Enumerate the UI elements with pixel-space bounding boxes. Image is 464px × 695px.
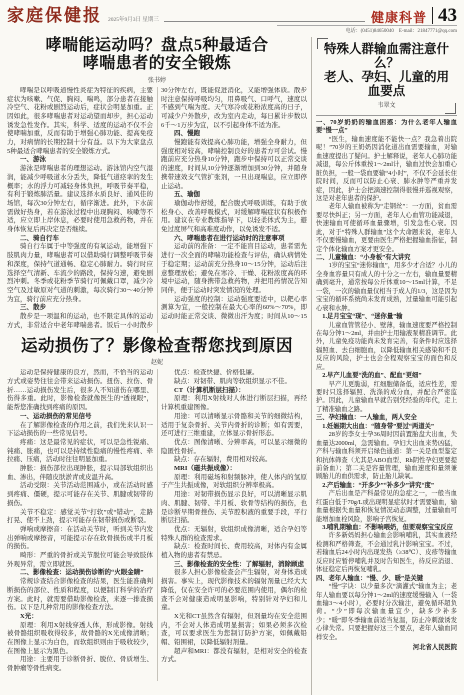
section-label: 健康科普	[371, 11, 427, 24]
body-paragraph: 肿胀：损伤部位出现肿胀，提示局部软组织出血、渗出，伴随皮肤淤青或皮温升高。	[7, 465, 153, 482]
body-paragraph: 原理：利用X射线对人体进行断层扫描，再经计算机重建图像。	[161, 395, 307, 412]
body-paragraph: 在了解影像检查的作用之前，我们先来认识一下运动损伤的一些常见信号。	[7, 422, 153, 439]
left-column: 哮喘能运动吗？盘点5种最适合 哮喘患者的安全锻炼 张书婷 哮喘是以呼吸道慢性炎症…	[7, 37, 307, 695]
body-paragraph: 运动前的准备：一定不能盲目运动，患者需先进行一次全面的哮喘功能检查与评估，确认病…	[161, 243, 307, 295]
body-paragraph: X光和CT虽然含有辐射，但剂量均在安全范围内，不会对人体造成明显损害；如果必须多…	[161, 613, 307, 648]
section-heading: 一、70岁奶奶的输血困惑：为什么老年人输血要“慢一点”	[316, 119, 457, 136]
body-paragraph: 疼痛：这是最常见的症状，可以是急性锐痛、钝痛、胀痛，也可以是持续性隐痛的慢性疼痛…	[7, 439, 153, 465]
body-paragraph: 用途：对韧带损伤显示良好，可以清晰显示肌肉、肌腱、韧带、半月板、软骨等结构的损伤…	[161, 491, 307, 526]
body-paragraph: 28岁的李女士孕36周时因前置胎盘大出血，失血量达2000ml，急需输血。孕妇大…	[316, 431, 457, 482]
section-heading: X光：	[7, 613, 153, 622]
body-paragraph: 用途：可以清晰显示骨骼和关节的细微结构，适用于复杂骨折、关节内骨折的诊断；如有需…	[161, 413, 307, 439]
title-underline	[316, 115, 457, 116]
title-line-1: 哮喘能运动吗？盘点5种最适合	[7, 37, 307, 55]
section-heading: 1.妊娠期大出血：“随身带”要过“两道关”	[316, 423, 457, 431]
date-line: 2025年9月3日 星期三	[108, 15, 159, 23]
body-paragraph: 优点：图像清晰、分辨率高，可以显示细微的隐匿性骨折。	[161, 439, 307, 456]
body-paragraph: 原理：利用X射线穿透人体，形成影像。射线被骨骼组织吸收得较多，故骨骼的X光成像清…	[7, 622, 153, 657]
body-paragraph: 许多新妈妈担心输血会影响哺乳，其实血液经检测和严格筛查，不会通过乳汁影响宝宝。不…	[316, 532, 457, 574]
section-heading: 四、老年人输血：“慢、少、暖”是关键	[316, 575, 457, 583]
newspaper-page: 家庭保健报 2025年9月3日 星期三 健康科普 43 电话：(0451)846…	[0, 0, 464, 695]
article-injury: 运动损伤了？影像检查帮您找到原因 赵妮 运动是保持健康的良方，然而，不恰当的运动…	[7, 337, 307, 681]
title-line-2: 哮喘患者的安全锻炼	[7, 55, 307, 73]
section-heading: 三、散步	[7, 304, 153, 313]
article-affiliation: 河北省人民医院	[316, 644, 457, 652]
body-paragraph: 产后出血是产科最常见的急症之一，一般当血红蛋白低于70g/L或出现明显症状时才需…	[316, 490, 457, 524]
body-paragraph: 运动是保持健康的良方，然而，不恰当的运动方式或姿势往往会带来运动损伤。扭伤、拉伤…	[7, 369, 153, 413]
section-heading: MRI（磁共振成像）：	[161, 465, 307, 474]
body-paragraph: 超声和MRI：都没有辐射，是相对安全的检查方式。	[161, 648, 307, 665]
body-paragraph: 原理：利用磁场和射频脉冲，使人体内的氢原子产生共振成像，对软组织分辨率极高。	[161, 474, 307, 491]
section-heading: 一、运动损伤的常见信号	[7, 413, 153, 422]
header-rule	[164, 21, 365, 22]
article-injury-body: 运动是保持健康的良方，然而，不恰当的运动方式或姿势往往会带来运动损伤。扭伤、拉伤…	[7, 369, 307, 681]
body-paragraph: “医生，输血速度能不能快一点？我急着出院呢！”70岁的王奶奶因消化道出血需要输血…	[316, 136, 457, 204]
body-paragraph: 很多人担心影像检查会产生辐射，对身体造成损害。事实上，现代影像技术的辐射剂量已经…	[161, 569, 307, 613]
article-blood-body: 一、70岁奶奶的输血困惑：为什么老年人输血要“慢一点”“医生，输血速度能不能快一…	[316, 119, 457, 695]
section-heading: 1.足月宝宝“现”、“迷你量”输	[316, 313, 457, 321]
article-injury-author: 赵妮	[7, 357, 307, 366]
vertical-divider	[311, 37, 312, 695]
article-blood: 特殊人群输血需注意什么？ 老人、孕妇、儿童的用血要点 韦翠文 一、70岁奶奶的输…	[316, 37, 457, 695]
masthead-bar: 家庭保健报 2025年9月3日 星期三 健康科普 43	[7, 4, 457, 24]
body-paragraph: 游泳是哮喘患者的理想运动。游泳馆内空气湿润，能减少呼吸道水分丢失，降低气道痉挛的…	[7, 165, 153, 235]
article-injury-title: 运动损伤了？影像检查帮您找到原因	[7, 337, 307, 355]
section-heading: 二、影像检查：运动损伤诊断的“火眼金睛”	[7, 569, 153, 578]
body-paragraph: 常规诊查结合影像检查的结果，医生能准确判断损伤的部位、性质和程度，以便制订科学的…	[7, 578, 153, 613]
body-paragraph: 优点：检查快捷、价格低廉。	[161, 369, 307, 378]
body-paragraph: 骑自行车属于中等强度的有氧运动，能增强下肢肌肉力量，哮喘患者可以借助骑行调整呼吸…	[7, 243, 153, 304]
body-paragraph: 1岁的宝宝“迷你输血”，用多少才合适？小儿的全身血容量只有成人的十分之一左右，输…	[316, 262, 457, 313]
page-content: 哮喘能运动吗？盘点5种最适合 哮喘患者的安全锻炼 张书婷 哮喘是以呼吸道慢性炎症…	[7, 37, 457, 695]
body-paragraph: 缺点：检查时间长、费用较高，对体内有金属植入物的患者有禁忌。	[161, 543, 307, 560]
article-blood-titlebox: 特殊人群输血需注意什么？ 老人、孕妇、儿童的用血要点 韦翠文	[316, 37, 457, 114]
section-heading: 一、游泳	[7, 156, 153, 165]
body-paragraph: 慢跑能有效提高心肺功能，增强全身耐力，但强度相对较高，哮喘控制良好的患者方可尝试…	[161, 139, 307, 191]
body-paragraph: 儿童血管管径小、壁薄，输血速度要严格控制在每分钟1～2ml，并由护士用输液泵精准…	[316, 322, 457, 373]
paper-name: 家庭保健报	[7, 7, 102, 24]
article-asthma-body: 哮喘是以呼吸道慢性炎症为特征的疾病，主要症状为咳嗽、气促、胸闷、喘鸣，部分患者在…	[7, 87, 307, 333]
body-paragraph: 缺点：对韧带、肌肉等软组织显示不佳。	[161, 378, 307, 387]
page-number: 43	[432, 7, 457, 24]
body-paragraph: 用途：主要用于诊断骨折、脱位、骨质增生、骨肿瘤等骨性病变。	[7, 656, 153, 673]
article-asthma-title: 哮喘能运动吗？盘点5种最适合 哮喘患者的安全锻炼	[7, 37, 307, 73]
section-heading: 三、孕妇输血：一人输血，两人安全	[316, 414, 457, 422]
article-asthma: 哮喘能运动吗？盘点5种最适合 哮喘患者的安全锻炼 张书婷 哮喘是以呼吸道慢性炎症…	[7, 37, 307, 333]
section-heading: 2.早产儿血要“洗的血”、配血“更细”	[316, 372, 457, 380]
body-paragraph: 畸形：严重的骨折或关节脱位可能会导致肢体外观异常，需立即就医。	[7, 552, 153, 569]
title-line-1: 特殊人群输血需注意什么？	[322, 42, 451, 70]
body-paragraph: 瑜伽动作舒缓，配合腹式呼吸训练，有助于放松身心、改善呼吸模式，对缓解哮喘症状有积…	[161, 200, 307, 235]
section-heading: 四、慢跑	[161, 130, 307, 139]
body-paragraph: 活动受限：关节活动范围减小，或在活动时感到疼痛、僵硬，提示可能存在关节、肌腱或韧…	[7, 482, 153, 508]
article-blood-title: 特殊人群输血需注意什么？ 老人、孕妇、儿童的用血要点	[322, 42, 451, 98]
body-paragraph: 优点：无辐射，软组织成像清晰，适合孕妇等特殊人群的检查需求。	[161, 526, 307, 543]
body-paragraph: 老年人输血被称为“走钢丝”：一方面，贫血需要尽快纠正；另一方面，老年人心血管功能…	[316, 203, 457, 254]
body-paragraph: 哮喘是以呼吸道慢性炎症为特征的疾病，主要症状为咳嗽、气促、胸闷、喘鸣，部分患者在…	[7, 87, 153, 157]
section-heading: 2.产后输血：“开多少”“补多少”讲究“度”	[316, 482, 457, 490]
title-line-2: 老人、孕妇、儿童的用血要点	[322, 70, 451, 98]
body-paragraph: 弹响或摩擦音：在活动关节时，听到关节内发出弹响或摩擦音，可能提示存在软骨损伤或半…	[7, 526, 153, 552]
body-paragraph: “慢”字诀：以少量多次“滴灌式”输血为主；老年人输血要以每分钟1～2ml的速度缓…	[316, 583, 457, 642]
section-heading: 五、瑜伽	[161, 191, 307, 200]
body-paragraph: 缺点：存在辐射，费用相对较高。	[161, 456, 307, 465]
body-paragraph: 早产儿更脆弱，红细胞储备低，适应性差，需要时只选择辐照、洗涤的成分血，并配合严密…	[316, 381, 457, 415]
contact-line: 电话：(0451)84650040 E-mail：21847771@qq.com	[277, 25, 457, 34]
article-asthma-author: 张书婷	[7, 75, 307, 84]
body-paragraph: 关节不稳定：感觉关节“打软”或“错动”，走路打晃、使不上劲，提示可能存在韧带损伤…	[7, 509, 153, 526]
article-blood-author: 韦翠文	[322, 100, 451, 109]
